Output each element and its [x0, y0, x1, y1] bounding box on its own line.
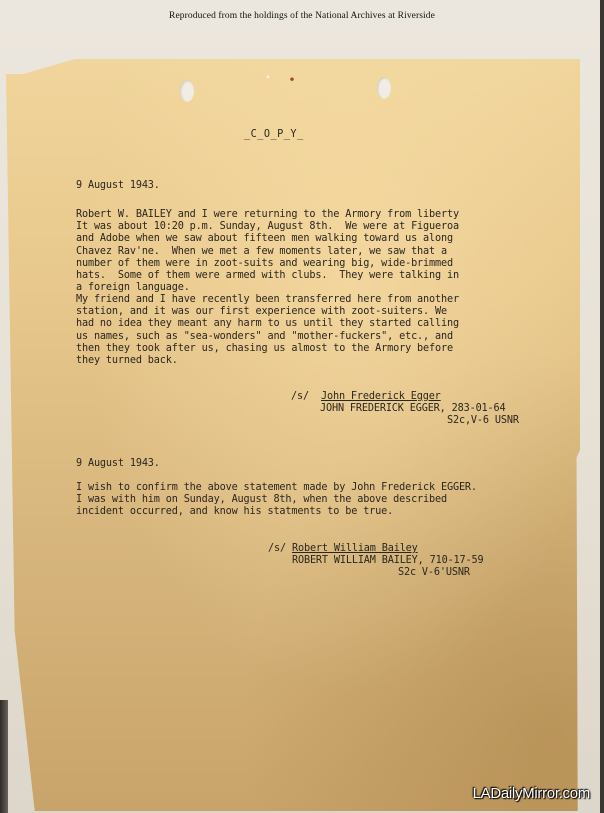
document-heading: _C_O_P_Y_: [244, 129, 304, 141]
statement-2-signature: Robert William Bailey: [292, 543, 418, 555]
statement-1-paragraph-1: Robert W. BAILEY and I were returning to…: [76, 209, 459, 294]
signature-prefix: /s/: [291, 391, 309, 403]
statement-1-date: 9 August 1943.: [76, 180, 160, 192]
left-edge-shadow: [0, 700, 8, 813]
signature-prefix: /s/: [268, 543, 286, 555]
watermark: LADailyMirror.com: [473, 785, 590, 802]
right-edge-shadow: [600, 0, 604, 813]
punch-hole: [377, 77, 391, 99]
document-page: [6, 59, 580, 811]
statement-1-typed-name: JOHN FREDERICK EGGER, 283-01-64: [320, 403, 506, 415]
statement-2-typed-name: ROBERT WILLIAM BAILEY, 710-17-59: [292, 555, 483, 567]
punch-hole: [180, 80, 194, 102]
statement-2-paragraph: I wish to confirm the above statement ma…: [76, 482, 477, 519]
statement-1-rank: S2c,V-6 USNR: [447, 415, 519, 427]
paper-damage: [250, 72, 310, 84]
statement-1-signature: John Frederick Egger: [321, 391, 441, 403]
statement-1-paragraph-2: My friend and I have recently been trans…: [76, 294, 459, 367]
statement-2-date: 9 August 1943.: [76, 458, 160, 470]
archive-attribution: Reproduced from the holdings of the Nati…: [0, 11, 604, 21]
statement-2-rank: S2c V-6'USNR: [398, 567, 470, 579]
